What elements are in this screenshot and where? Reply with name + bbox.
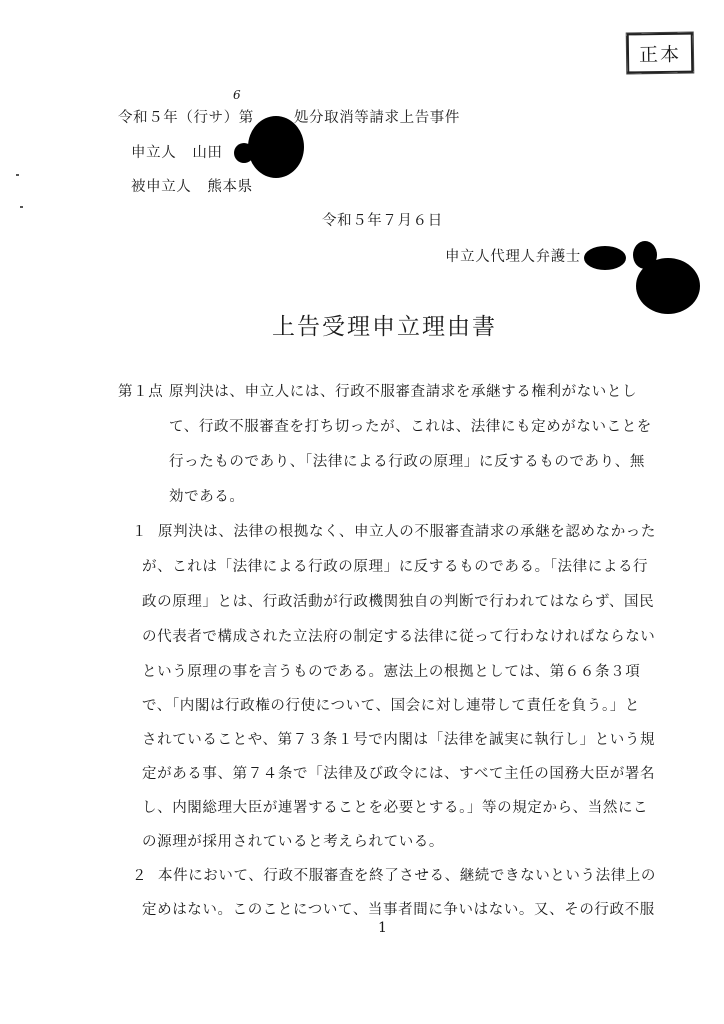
scan-artifact bbox=[16, 174, 19, 176]
item-1-number: １ bbox=[132, 520, 147, 541]
item-1-line: 原判決は、法律の根拠なく、申立人の不服審査請求の承継を認めなかった bbox=[158, 520, 656, 541]
point-1-label: 第１点 bbox=[118, 380, 163, 401]
item-1-line: し、内閣総理大臣が連署することを必要とする。」等の規定から、当然にこ bbox=[142, 796, 648, 817]
attorney-label: 申立人代理人弁護士 bbox=[445, 245, 581, 266]
petitioner-label: 申立人 bbox=[131, 145, 176, 161]
petitioner-line: 申立人山田 bbox=[131, 141, 223, 162]
point-1-line: 効である。 bbox=[169, 485, 245, 506]
petitioner-name: 山田 bbox=[192, 145, 222, 161]
item-1-line: 政の原理」とは、行政活動が行政機関独自の判断で行われてはならず、国民 bbox=[142, 590, 654, 611]
respondent-name: 熊本県 bbox=[207, 179, 252, 195]
item-1-line: の代表者で構成された立法府の制定する法律に従って行わなければならない bbox=[142, 625, 655, 646]
item-1-line: の源理が採用されていると考えられている。 bbox=[142, 830, 444, 851]
handwritten-mark: 6 bbox=[233, 88, 241, 102]
point-1-line: 行ったものであり、「法律による行政の原理」に反するものであり、無 bbox=[169, 450, 645, 471]
item-1-line: で、「内閣は行政権の行使について、国会に対し連帯して責任を負う。」と bbox=[142, 694, 640, 715]
item-1-line: という原理の事を言うものである。憲法上の根拠としては、第６６条３項 bbox=[142, 660, 640, 681]
redaction-mark bbox=[584, 246, 626, 270]
original-copy-stamp: 正本 bbox=[627, 33, 694, 74]
point-1-line: 原判決は、申立人には、行政不服審査請求を承継する権利がないとし bbox=[169, 380, 637, 401]
item-2-number: ２ bbox=[132, 864, 147, 885]
document-title: 上告受理申立理由書 bbox=[272, 308, 497, 341]
redaction-mark bbox=[248, 116, 304, 178]
point-1-line: て、行政不服審査を打ち切ったが、これは、法律にも定めがないことを bbox=[169, 415, 652, 436]
redaction-mark bbox=[636, 258, 700, 314]
item-2-line: 本件において、行政不服審査を終了させる、継続できないという法律上の bbox=[158, 864, 656, 885]
item-1-line: 定がある事、第７４条で「法律及び政令には、すべて主任の国務大臣が署名 bbox=[142, 762, 655, 783]
respondent-line: 被申立人熊本県 bbox=[131, 175, 253, 196]
stamp-label: 正本 bbox=[639, 39, 681, 67]
page-number: 1 bbox=[378, 920, 387, 936]
item-1-line: が、これは「法律による行政の原理」に反するものである。「法律による行 bbox=[142, 555, 648, 576]
item-2-line: 定めはない。このことについて、当事者間に争いはない。又、その行政不服 bbox=[142, 898, 655, 919]
scan-artifact bbox=[20, 206, 23, 208]
item-1-line: されていることや、第７３条１号で内閣は「法律を誠実に執行し」という規 bbox=[142, 728, 655, 749]
respondent-label: 被申立人 bbox=[131, 179, 191, 195]
redaction-mark bbox=[234, 143, 254, 163]
document-date: 令和５年７月６日 bbox=[322, 209, 443, 230]
case-number: 令和５年（行サ）第 bbox=[118, 110, 254, 126]
case-name: 処分取消等請求上告事件 bbox=[294, 110, 460, 126]
